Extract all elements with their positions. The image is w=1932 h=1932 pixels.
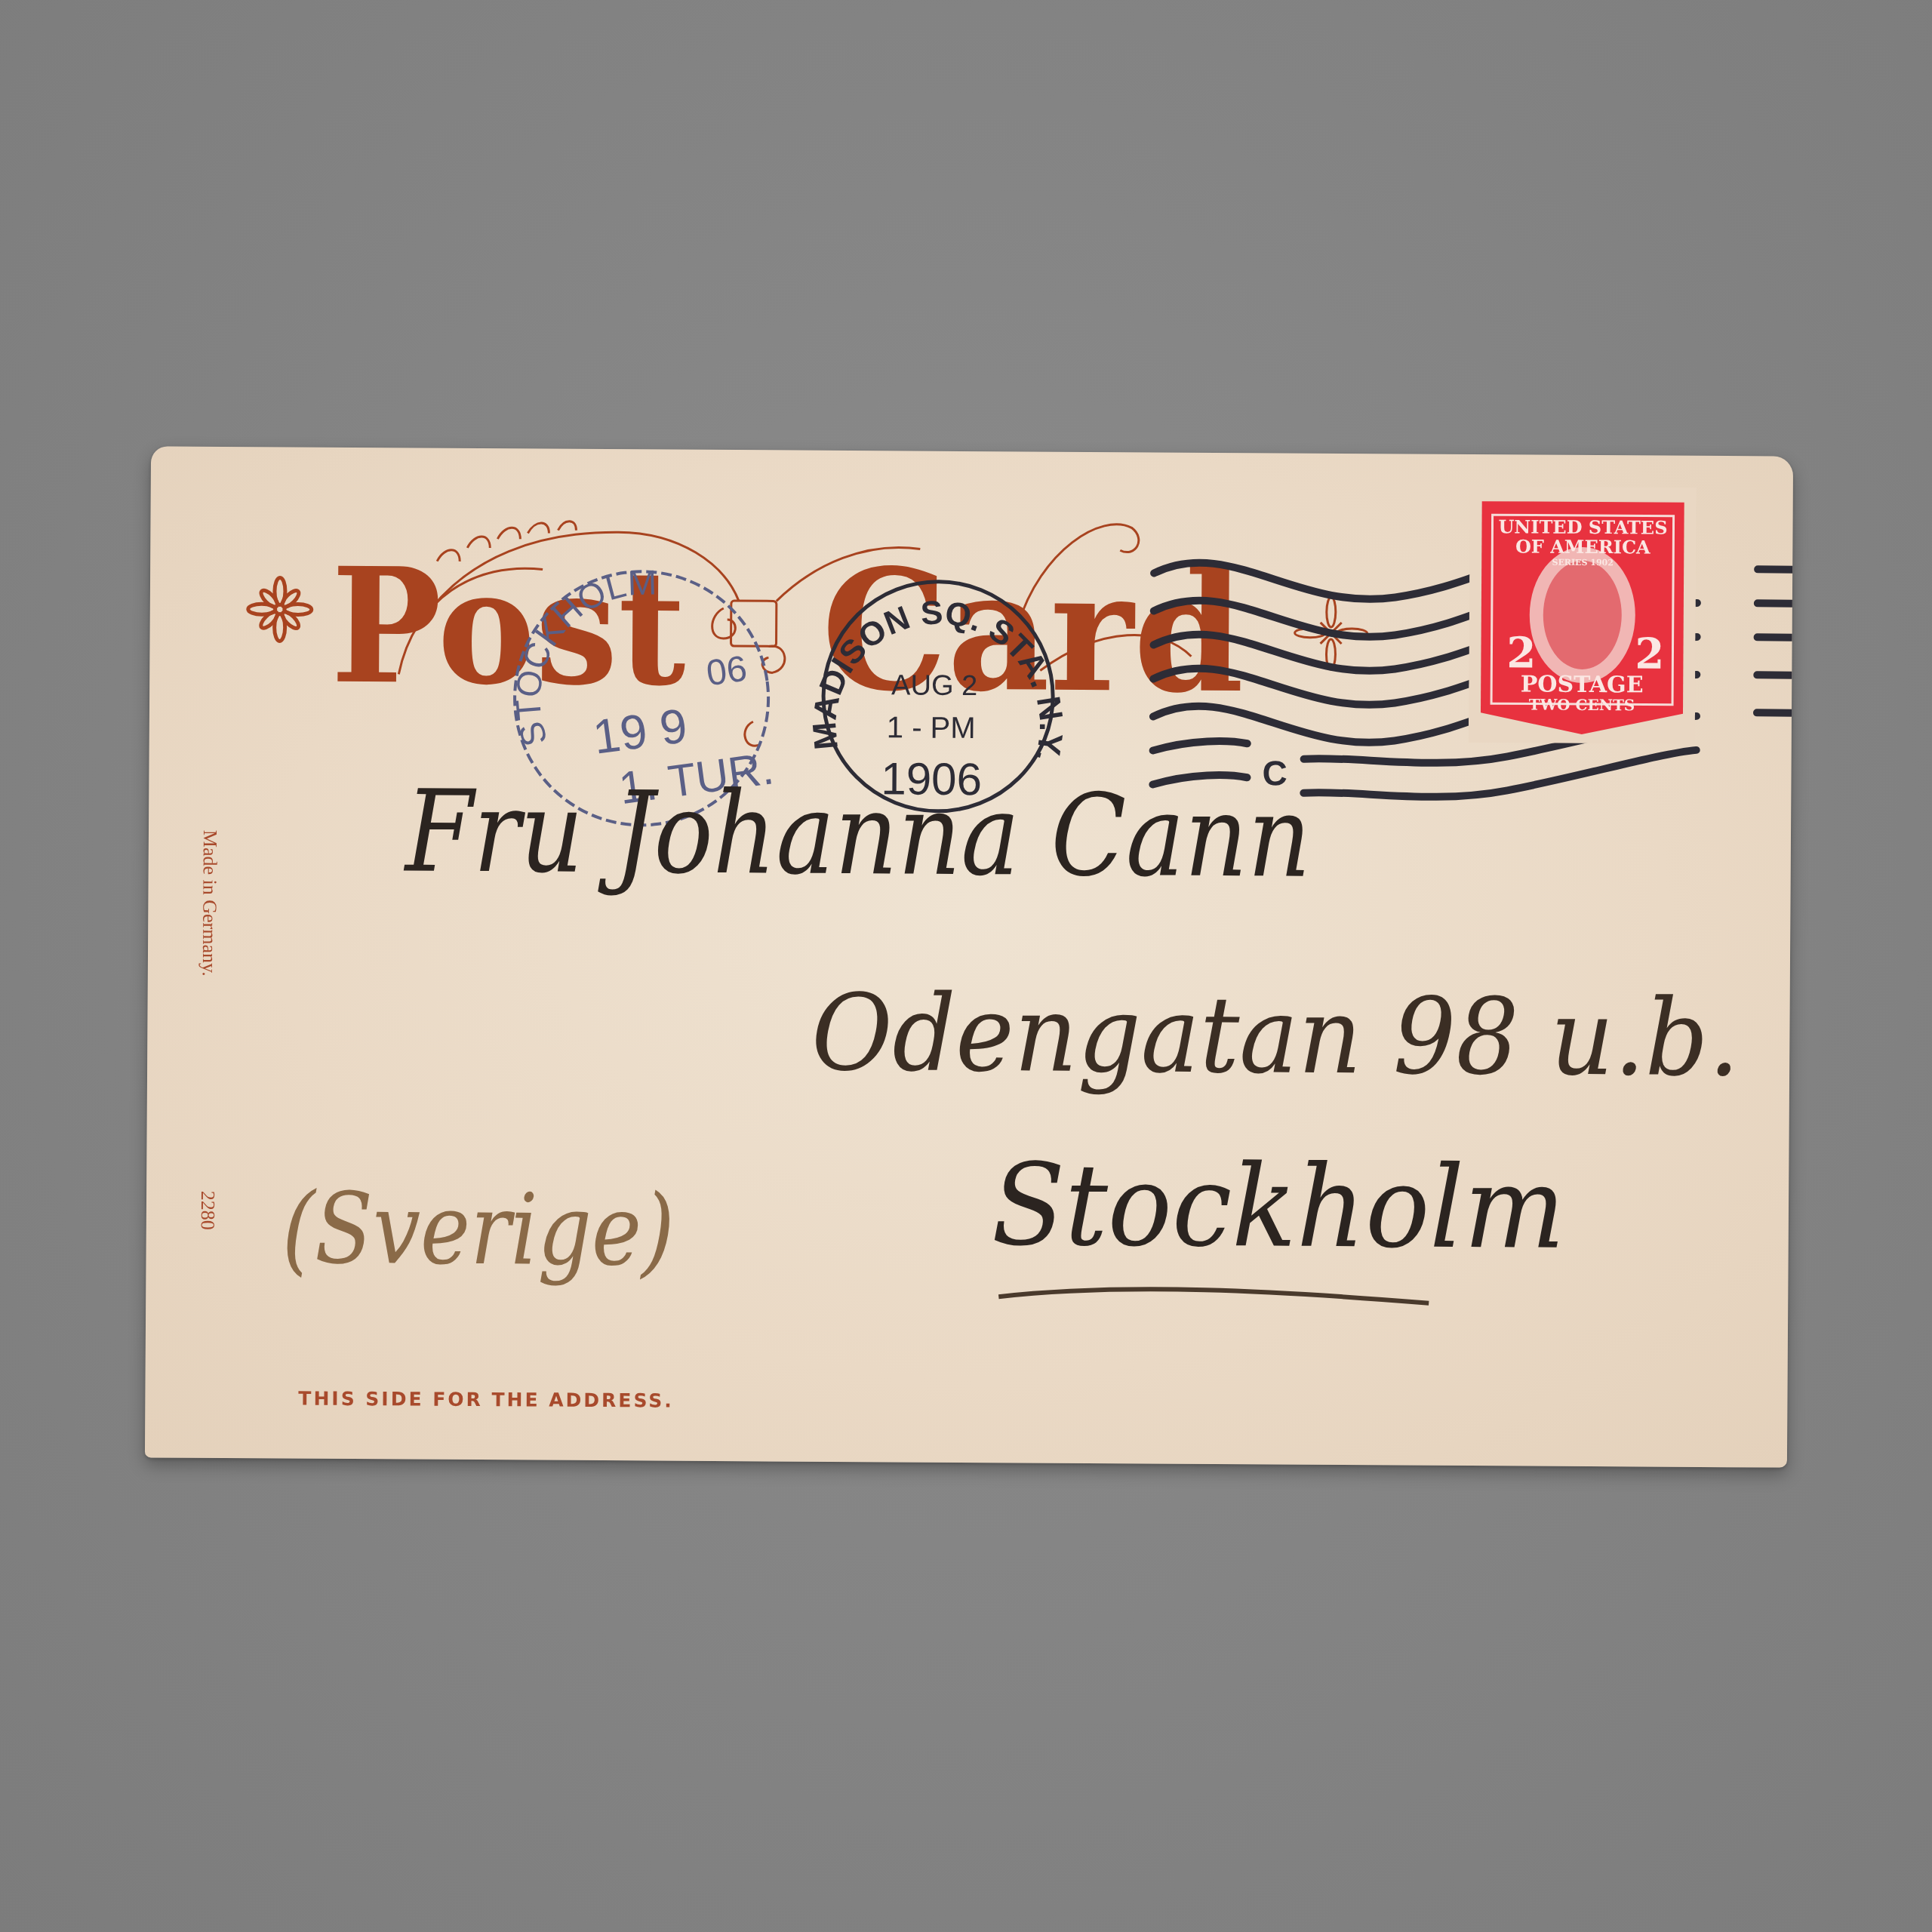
made-in-germany-label: Made in Germany. bbox=[198, 830, 221, 977]
stamp-country-line-2: OF AMERICA bbox=[1515, 535, 1651, 558]
recipient-name: Fru Johanna Cann bbox=[403, 766, 1312, 903]
left-star-ornament bbox=[243, 573, 316, 646]
city-underline bbox=[998, 1288, 1429, 1303]
handwritten-address: Fru Johanna Cann Odengatan 98 u.b. Stock… bbox=[281, 765, 1741, 1305]
stockholm-postmark-date: 19 9 bbox=[590, 698, 691, 764]
stamp-series: SERIES 1902 bbox=[1552, 558, 1613, 568]
stamp-value: TWO CENTS bbox=[1529, 696, 1635, 715]
new-york-postmark-date: AUG 2 bbox=[891, 669, 977, 702]
catalog-number: 2280 bbox=[196, 1191, 219, 1230]
city: Stockholm bbox=[991, 1140, 1565, 1275]
address-side-footer: THIS SIDE FOR THE ADDRESS. bbox=[298, 1388, 674, 1412]
postage-stamp: UNITED STATES OF AMERICA SERIES 1902 2 2… bbox=[1469, 486, 1697, 744]
country-note: (Sverige) bbox=[281, 1171, 675, 1287]
stockholm-postmark-year: 06 bbox=[704, 649, 749, 694]
postcard: Post Card STOCKHOLM 06 19 9 1. TUR. MADI… bbox=[145, 446, 1793, 1467]
stamp-postage-label: POSTAGE bbox=[1521, 671, 1644, 698]
street-address: Odengatan 98 u.b. bbox=[811, 972, 1740, 1101]
new-york-postmark-time: 1 - PM bbox=[887, 711, 976, 745]
